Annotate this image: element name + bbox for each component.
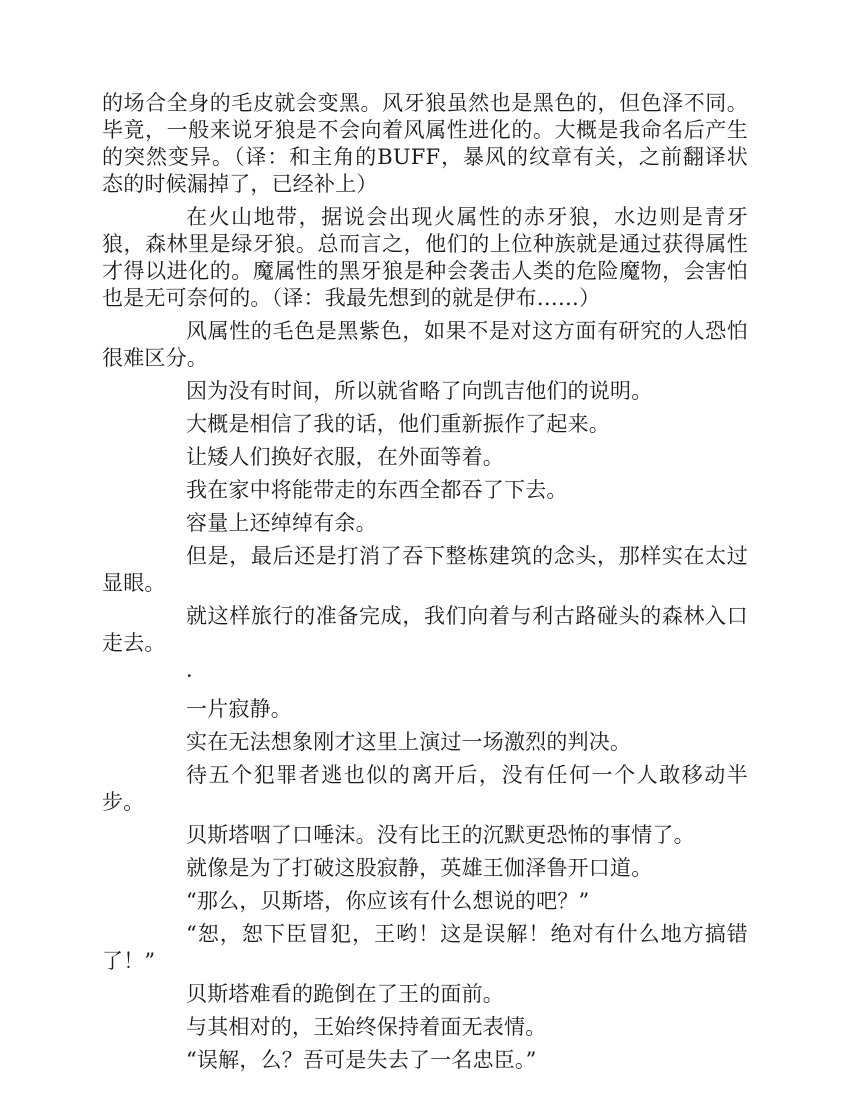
paragraph: 让矮人们换好衣服，在外面等着。 (102, 444, 748, 471)
paragraph: 大概是相信了我的话，他们重新振作了起来。 (102, 411, 748, 438)
paragraph: 与其相对的，王始终保持着面无表情。 (102, 1014, 748, 1041)
paragraph: 就这样旅行的准备完成，我们向着与利古路碰头的森林入口走去。 (102, 603, 748, 657)
paragraph: 我在家中将能带走的东西全都吞了下去。 (102, 477, 748, 504)
paragraph: 一片寂静。 (102, 696, 748, 723)
paragraph: 在火山地带，据说会出现火属性的赤牙狼，水边则是青牙狼，森林里是绿牙狼。总而言之，… (102, 204, 748, 312)
paragraph: 风属性的毛色是黑紫色，如果不是对这方面有研究的人恐怕很难区分。 (102, 318, 748, 372)
paragraph: 因为没有时间，所以就省略了向凯吉他们的说明。 (102, 378, 748, 405)
paragraph: 实在无法想象刚才这里上演过一场激烈的判决。 (102, 729, 748, 756)
paragraph: “误解，么？吾可是失去了一名忠臣。” (102, 1047, 748, 1074)
paragraph: 容量上还绰绰有余。 (102, 510, 748, 537)
document-page: 的场合全身的毛皮就会变黑。风牙狼虽然也是黑色的，但色泽不同。毕竟，一般来说牙狼是… (102, 90, 748, 1080)
paragraph: 待五个犯罪者逃也似的离开后，没有任何一个人敢移动半步。 (102, 762, 748, 816)
paragraph: 贝斯塔咽了口唾沫。没有比王的沉默更恐怖的事情了。 (102, 822, 748, 849)
paragraph: “那么，贝斯塔，你应该有什么想说的吧？” (102, 888, 748, 915)
scene-separator: · (102, 663, 748, 690)
paragraph: “恕，恕下臣冒犯，王哟！这是误解！绝对有什么地方搞错了！” (102, 921, 748, 975)
paragraph: 贝斯塔难看的跪倒在了王的面前。 (102, 981, 748, 1008)
paragraph: 就像是为了打破这股寂静，英雄王伽泽鲁开口道。 (102, 855, 748, 882)
paragraph: 但是，最后还是打消了吞下整栋建筑的念头，那样实在太过显眼。 (102, 543, 748, 597)
paragraph: 的场合全身的毛皮就会变黑。风牙狼虽然也是黑色的，但色泽不同。毕竟，一般来说牙狼是… (102, 90, 748, 198)
